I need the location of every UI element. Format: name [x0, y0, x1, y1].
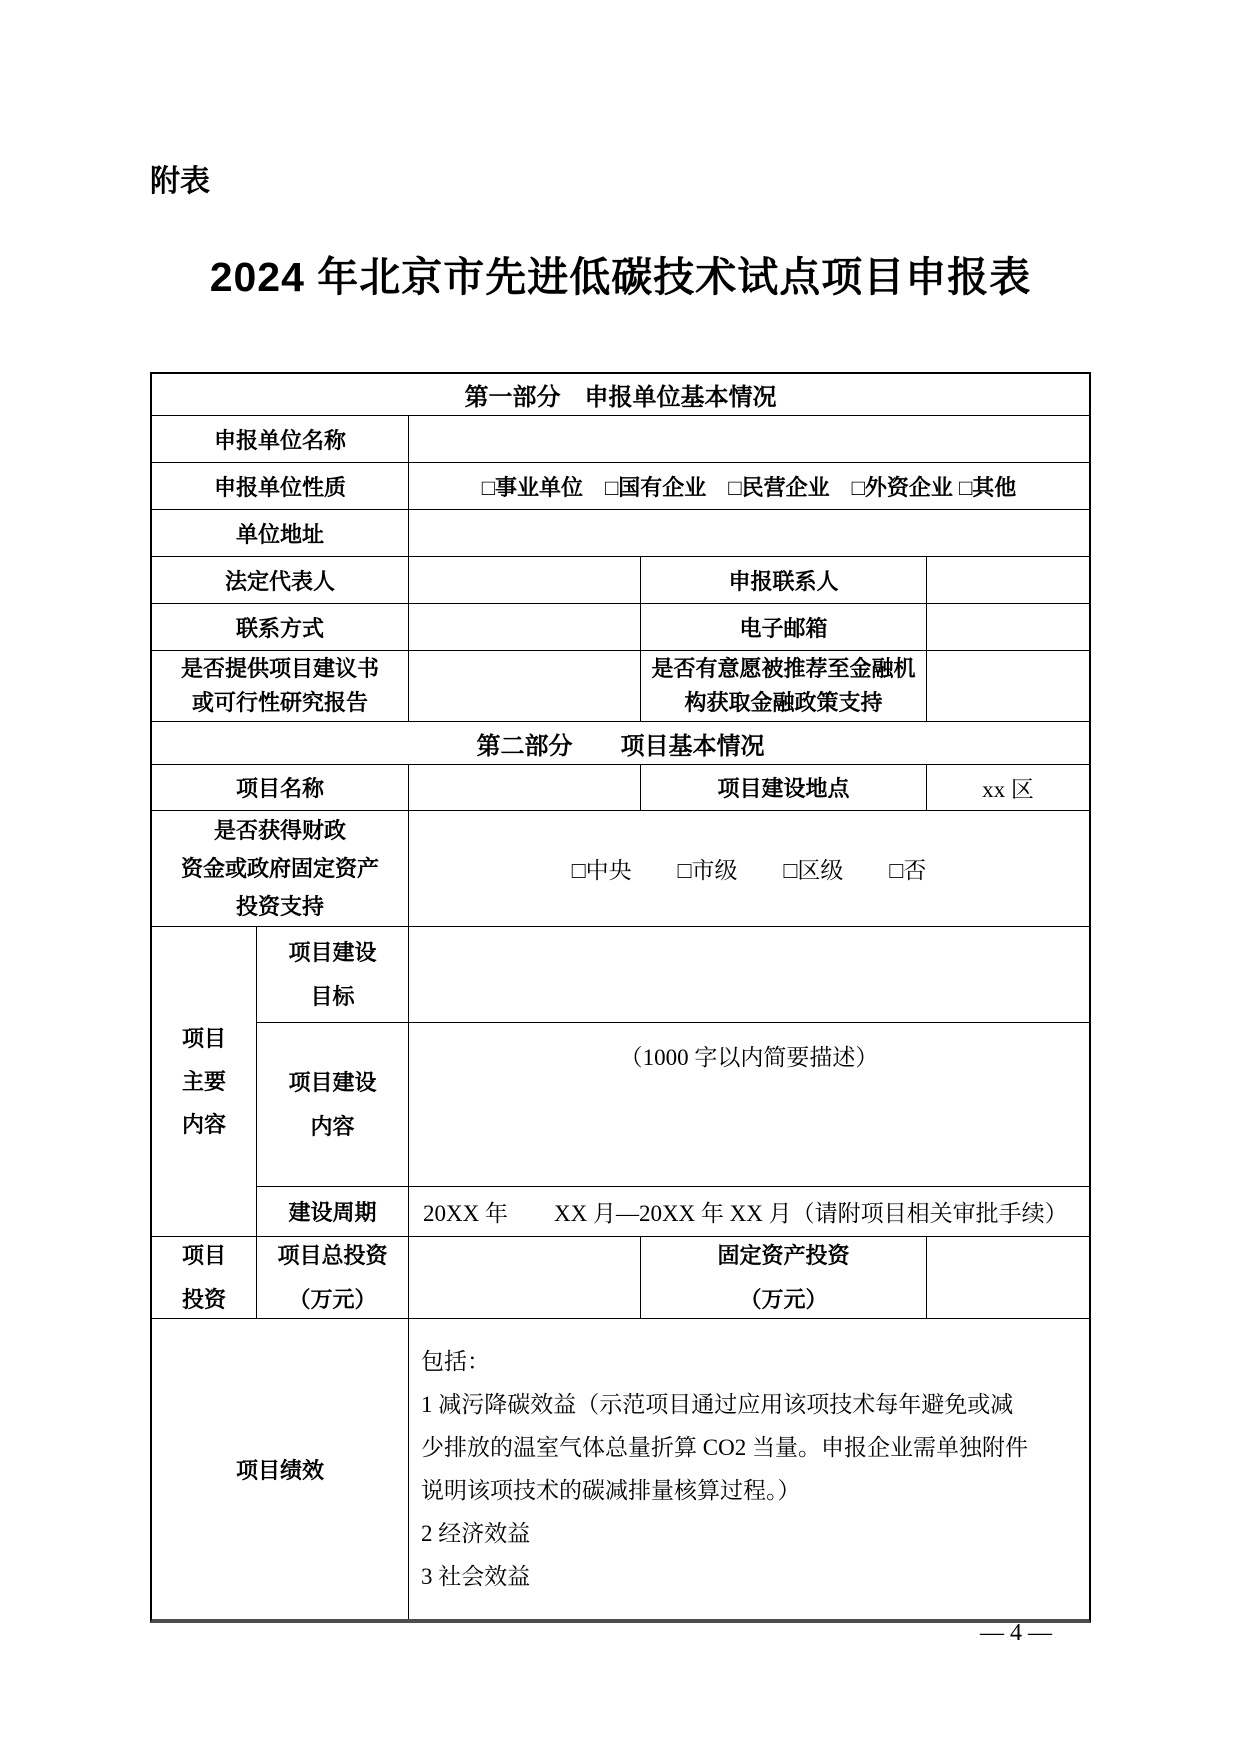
- project-name-label: 项目名称: [152, 765, 408, 810]
- contact-person-label: 申报联系人: [640, 557, 926, 603]
- page-number: — 4 —: [941, 1620, 1091, 1647]
- unit-address-label: 单位地址: [152, 510, 408, 556]
- content-label: 项目建设 内容: [256, 1023, 408, 1186]
- period-value: 20XX 年 XX 月—20XX 年 XX 月（请附项目相关审批手续）: [408, 1187, 1089, 1236]
- table-row: 是否提供项目建议书 或可行性研究报告 是否有意愿被推荐至金融机 构获取金融政策支…: [152, 650, 1089, 721]
- main-content-subrows: 项目建设 目标 项目建设 内容 （1000 字以内简要描述） 建设周期 20XX…: [256, 927, 1089, 1236]
- investment-group-label: 项目 投资: [152, 1237, 256, 1318]
- table-row: 项目名称 项目建设地点 xx 区: [152, 764, 1089, 810]
- document-page: 附表 2024 年北京市先进低碳技术试点项目申报表 第一部分 申报单位基本情况 …: [0, 0, 1241, 1754]
- period-label: 建设周期: [256, 1187, 408, 1236]
- goal-label: 项目建设 目标: [256, 927, 408, 1022]
- table-row: 项目建设 目标: [256, 927, 1089, 1022]
- project-name-value: [408, 765, 640, 810]
- unit-nature-options: □事业单位 □国有企业 □民营企业 □外资企业 □其他: [408, 463, 1089, 509]
- main-content-group-label: 项目 主要 内容: [152, 927, 256, 1236]
- part2-header-row: 第二部分 项目基本情况: [152, 721, 1089, 764]
- email-label: 电子邮箱: [640, 604, 926, 650]
- funding-label: 是否获得财政 资金或政府固定资产 投资支持: [152, 811, 408, 926]
- table-row: 法定代表人 申报联系人: [152, 556, 1089, 603]
- fixed-investment-value: [926, 1237, 1089, 1318]
- contact-person-value: [926, 557, 1089, 603]
- table-row: 单位地址: [152, 509, 1089, 556]
- application-form-table: 第一部分 申报单位基本情况 申报单位名称 申报单位性质 □事业单位 □国有企业 …: [150, 372, 1091, 1623]
- part2-header: 第二部分 项目基本情况: [152, 722, 1089, 764]
- performance-row: 项目绩效 包括： 1 减污降碳效益（示范项目通过应用该项技术每年避免或减 少排放…: [152, 1318, 1089, 1619]
- fixed-investment-label: 固定资产投资 （万元）: [640, 1237, 926, 1318]
- table-row: 是否获得财政 资金或政府固定资产 投资支持 □中央 □市级 □区级 □否: [152, 810, 1089, 926]
- location-value: xx 区: [926, 765, 1089, 810]
- legal-rep-value: [408, 557, 640, 603]
- contact-method-label: 联系方式: [152, 604, 408, 650]
- finance-willing-value: [926, 651, 1089, 721]
- table-row: 联系方式 电子邮箱: [152, 603, 1089, 650]
- unit-address-value: [408, 510, 1089, 556]
- table-row: 建设周期 20XX 年 XX 月—20XX 年 XX 月（请附项目相关审批手续）: [256, 1186, 1089, 1236]
- goal-value: [408, 927, 1089, 1022]
- contact-method-value: [408, 604, 640, 650]
- location-label: 项目建设地点: [640, 765, 926, 810]
- performance-label: 项目绩效: [152, 1319, 408, 1619]
- proposal-label: 是否提供项目建议书 或可行性研究报告: [152, 651, 408, 721]
- table-row: 申报单位名称: [152, 415, 1089, 462]
- performance-lines: 包括： 1 减污降碳效益（示范项目通过应用该项技术每年避免或减 少排放的温室气体…: [421, 1340, 1028, 1598]
- unit-name-value: [408, 416, 1089, 462]
- content-note: （1000 字以内简要描述）: [408, 1023, 1089, 1186]
- annex-label: 附表: [150, 156, 210, 200]
- main-content-group-row: 项目 主要 内容 项目建设 目标 项目建设 内容 （1000 字以内简要描述） …: [152, 926, 1089, 1236]
- table-row: 项目建设 内容 （1000 字以内简要描述）: [256, 1022, 1089, 1186]
- part1-header-row: 第一部分 申报单位基本情况: [152, 374, 1089, 415]
- page-title: 2024 年北京市先进低碳技术试点项目申报表: [150, 244, 1091, 303]
- email-value: [926, 604, 1089, 650]
- investment-row: 项目 投资 项目总投资 （万元） 固定资产投资 （万元）: [152, 1236, 1089, 1318]
- legal-rep-label: 法定代表人: [152, 557, 408, 603]
- performance-content: 包括： 1 减污降碳效益（示范项目通过应用该项技术每年避免或减 少排放的温室气体…: [408, 1319, 1089, 1619]
- unit-name-label: 申报单位名称: [152, 416, 408, 462]
- unit-nature-label: 申报单位性质: [152, 463, 408, 509]
- total-investment-label: 项目总投资 （万元）: [256, 1237, 408, 1318]
- part1-header: 第一部分 申报单位基本情况: [152, 374, 1089, 415]
- table-row: 申报单位性质 □事业单位 □国有企业 □民营企业 □外资企业 □其他: [152, 462, 1089, 509]
- proposal-value: [408, 651, 640, 721]
- finance-willing-label: 是否有意愿被推荐至金融机 构获取金融政策支持: [640, 651, 926, 721]
- total-investment-value: [408, 1237, 640, 1318]
- funding-options: □中央 □市级 □区级 □否: [408, 811, 1089, 926]
